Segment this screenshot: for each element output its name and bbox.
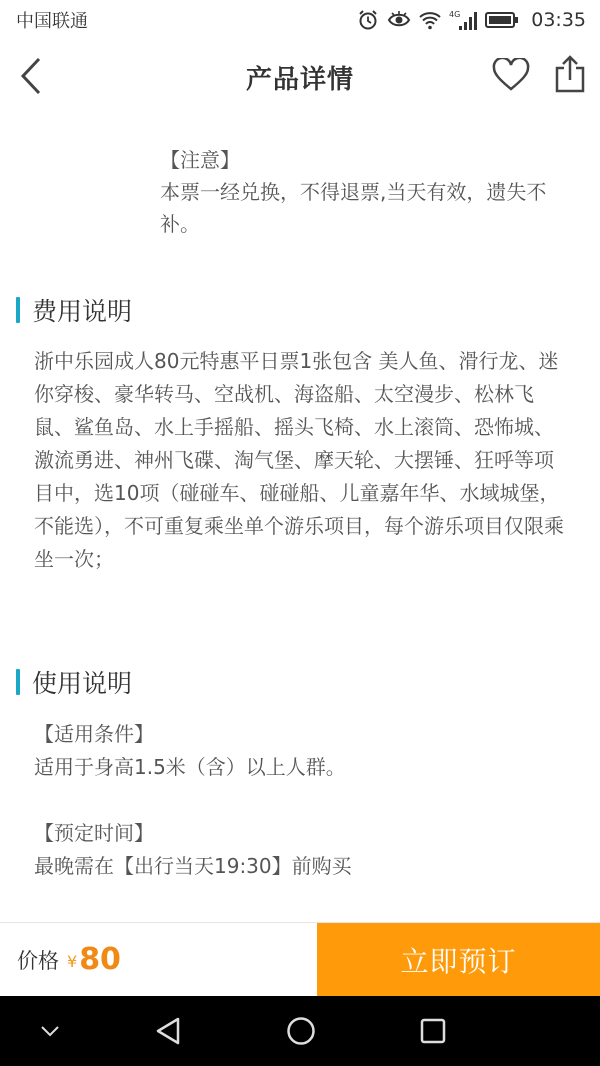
collapse-nav-button[interactable]: [30, 996, 70, 1066]
applicable-conditions-text: 适用于身高1.5米（含）以上人群。: [34, 751, 564, 784]
system-home-button[interactable]: [278, 996, 324, 1066]
heading-accent-bar: [16, 297, 20, 323]
page-title: 产品详情: [246, 59, 354, 96]
svg-text:4G: 4G: [449, 10, 460, 19]
share-icon: [554, 54, 586, 94]
chevron-down-icon: [40, 1025, 60, 1037]
system-recents-button[interactable]: [410, 996, 456, 1066]
notice-block: 【注意】 本票一经兑换，不得退票,当天有效，遗失不补。: [160, 144, 580, 240]
back-triangle-icon: [155, 1016, 181, 1046]
price-value: 80: [79, 942, 121, 977]
purchase-bar: 价格 ¥ 80 立即预订: [0, 922, 600, 996]
recents-square-icon: [420, 1018, 446, 1044]
spacer: [34, 784, 564, 817]
product-detail-content[interactable]: 【注意】 本票一经兑换，不得退票,当天有效，遗失不补。 费用说明 浙中乐园成人8…: [0, 114, 600, 922]
home-circle-icon: [286, 1016, 316, 1046]
share-button[interactable]: [554, 54, 586, 94]
fee-section-heading: 费用说明: [16, 292, 132, 328]
clock: 03:35: [531, 9, 586, 31]
status-bar: 中国联通 4G 03:35: [0, 0, 600, 40]
booking-time-text: 最晚需在【出行当天19:30】前购买: [34, 850, 564, 883]
system-nav-bar: [0, 996, 600, 1066]
nav-bar: 产品详情: [0, 40, 600, 114]
carrier-name: 中国联通: [16, 7, 88, 33]
back-button[interactable]: [14, 54, 48, 98]
price-label: 价格: [17, 945, 59, 975]
signal-icon: 4G: [449, 9, 477, 31]
favorite-button[interactable]: [492, 58, 530, 94]
heading-accent-bar: [16, 669, 20, 695]
notice-heading: 【注意】: [160, 144, 580, 176]
alarm-icon: [357, 9, 379, 31]
currency-symbol: ¥: [67, 952, 77, 971]
booking-time-heading: 【预定时间】: [34, 817, 564, 850]
fee-section-title: 费用说明: [32, 292, 132, 328]
heart-icon: [492, 58, 530, 92]
book-now-button[interactable]: 立即预订: [317, 923, 600, 996]
wifi-icon: [419, 10, 441, 30]
status-icons: 4G 03:35: [357, 9, 586, 31]
system-back-button[interactable]: [145, 996, 191, 1066]
battery-icon: [485, 11, 519, 29]
notice-text: 本票一经兑换，不得退票,当天有效，遗失不补。: [160, 176, 580, 240]
fee-description: 浙中乐园成人80元特惠平日票1张包含 美人鱼、滑行龙、迷你穿梭、豪华转马、空战机…: [34, 345, 564, 576]
price-area: 价格 ¥ 80: [0, 923, 317, 996]
chevron-left-icon: [19, 56, 43, 96]
usage-section-heading: 使用说明: [16, 664, 132, 700]
eye-comfort-icon: [387, 10, 411, 30]
usage-section-title: 使用说明: [32, 664, 132, 700]
usage-description: 【适用条件】 适用于身高1.5米（含）以上人群。 【预定时间】 最晚需在【出行当…: [34, 718, 564, 883]
applicable-conditions-heading: 【适用条件】: [34, 718, 564, 751]
